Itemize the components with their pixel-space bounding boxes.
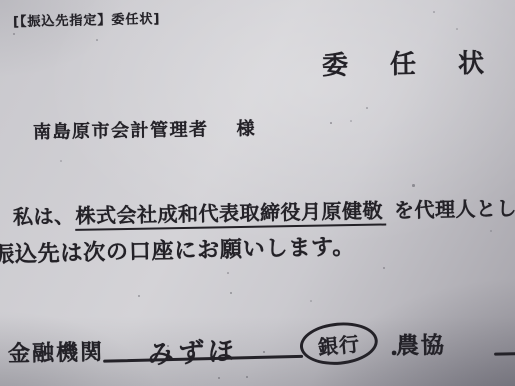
paper-speck (310, 300, 312, 302)
paper-speck (227, 272, 229, 274)
paper-speck (13, 33, 15, 35)
paper-speck (246, 376, 248, 378)
principal-statement: 私は、株式会社成和代表取締役月原健敬を代理人として (13, 192, 515, 230)
paper-speck (60, 160, 62, 162)
paper-speck (96, 39, 98, 41)
bank-option-circle-mark: 銀行 (298, 319, 379, 368)
paper-speck (138, 295, 140, 297)
statement-prefix: 私は、 (13, 204, 75, 229)
agent-name-underlined: 株式会社成和代表取締役月原健敬 (74, 198, 386, 230)
addressee-honorific: 様 (236, 118, 256, 139)
branch-name-underline (494, 351, 515, 355)
statement-suffix: を代理人として (394, 196, 515, 223)
financial-institution-label: 金融機関 (8, 335, 105, 368)
agri-coop-option-label: 農協 (396, 327, 447, 361)
paper-speck (350, 120, 352, 122)
paper-speck (490, 230, 492, 232)
paper-speck (218, 377, 220, 379)
financial-institution-row: 金融機関 みずほ 銀行 ・ 農協 (8, 321, 515, 376)
paper-speck (383, 267, 385, 269)
header-note: [【振込先指定】委任状] (13, 8, 161, 30)
addressee-line: 南島原市会計管理者様 (33, 114, 256, 143)
paper-speck (330, 122, 332, 124)
addressee-name: 南島原市会計管理者 (33, 119, 209, 143)
transfer-instruction: 振込先は次の口座にお願いします。 (0, 230, 355, 269)
paper-speck (433, 11, 435, 13)
power-of-attorney-document: [【振込先指定】委任状] 委任状 南島原市会計管理者様 私は、株式会社成和代表取… (0, 0, 515, 386)
paper-speck (412, 184, 415, 187)
paper-speck (366, 107, 368, 109)
document-title: 委任状 (322, 42, 515, 82)
institution-name-handwritten: みずほ (148, 330, 239, 371)
bank-option-label: 銀行 (317, 327, 361, 360)
paper-speck (230, 292, 232, 294)
paper-speck (456, 28, 458, 30)
